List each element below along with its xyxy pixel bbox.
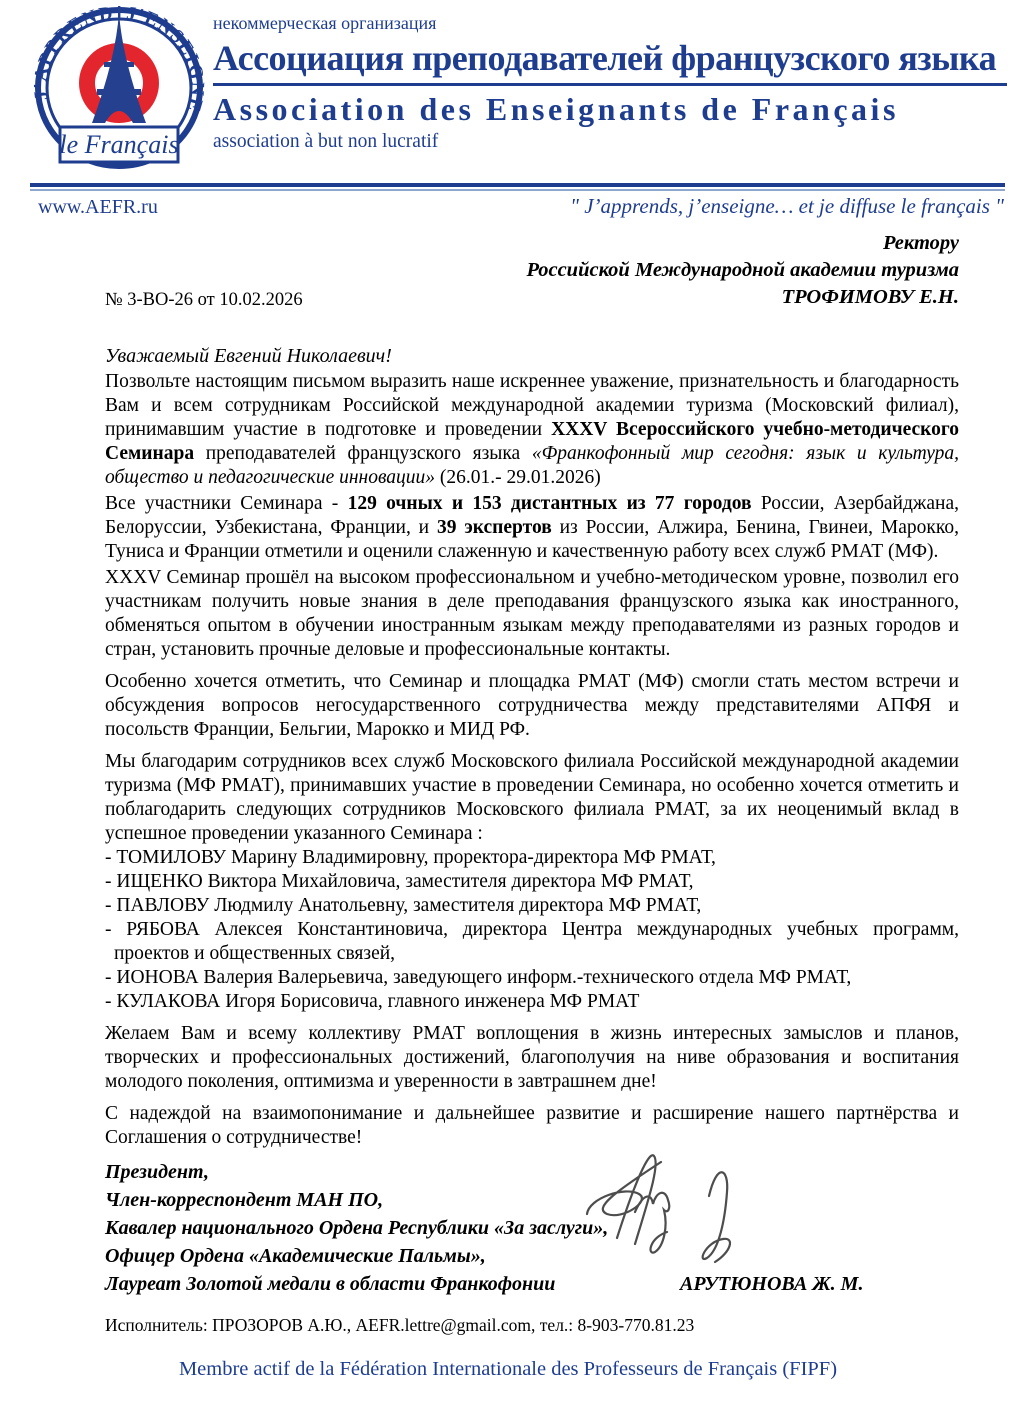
text-line: Ректору	[105, 230, 959, 257]
paragraph-wishes: Желаем Вам и всему коллективу РМАТ вопло…	[105, 1022, 959, 1094]
paragraph-participants: Все участники Семинара - 129 очных и 153…	[105, 492, 959, 564]
executor-line: Исполнитель: ПРОЗОРОВ А.Ю., AEFR.lettre@…	[105, 1314, 959, 1336]
signature-title-label: Лауреат Золотой медали в области Франкоф…	[105, 1273, 555, 1295]
website-label: www.AEFR.ru	[38, 196, 158, 219]
header-info-row: www.AEFR.ru " J’apprends, j’enseigne… et…	[38, 194, 1004, 219]
divider-thick-line	[30, 183, 1005, 187]
text-line: Президент,	[105, 1158, 959, 1186]
paragraph-closing: С надеждой на взаимопонимание и дальнейш…	[105, 1102, 959, 1150]
motto-label: " J’apprends, j’enseigne… et je diffuse …	[570, 194, 1004, 219]
title-divider-line	[213, 83, 1007, 86]
paragraph-intro: Позвольте настоящим письмом выразить наш…	[105, 370, 959, 490]
list-item-kulakov: - КУЛАКОВА Игоря Борисовича, главного ин…	[105, 990, 959, 1014]
reference-number: № 3-ВО-26 от 10.02.2026	[105, 287, 303, 314]
letter-content: РекторуРоссийской Международной академии…	[105, 230, 959, 1381]
association-title-ru: Ассоциация преподавателей французского я…	[213, 36, 1007, 80]
text-line: Российской Международной академии туризм…	[105, 257, 959, 284]
association-title-fr: Association des Enseignants de Français	[213, 88, 1007, 130]
text-line: Офицер Ордена «Академические Пальмы»,	[105, 1242, 959, 1270]
association-logo-icon: J'APPRENDS J'ENSEIGNE le Français	[33, 6, 205, 172]
letter-body: Позвольте настоящим письмом выразить наш…	[105, 370, 959, 1150]
header-divider	[30, 183, 1005, 191]
org-type-label: некоммерческая организация	[213, 12, 1007, 34]
fipf-membership-line: Membre actif de la Fédération Internatio…	[57, 1358, 959, 1381]
signature-last-line: Лауреат Золотой медали в области Франкоф…	[105, 1270, 959, 1298]
logo-banner-text: le Français	[59, 130, 178, 159]
list-item-ryabov: - РЯБОВА Алексея Константиновича, директ…	[105, 918, 959, 966]
text-line: Кавалер национального Ордена Республики …	[105, 1214, 959, 1242]
salutation: Уважаемый Евгений Николаевич!	[105, 344, 959, 368]
signer-name: АРУТЮНОВА Ж. М.	[680, 1270, 863, 1298]
list-item-ionov: - ИОНОВА Валерия Валерьевича, заведующег…	[105, 966, 959, 990]
recipient-block: РекторуРоссийской Международной академии…	[105, 230, 959, 311]
letter-page: J'APPRENDS J'ENSEIGNE le Français некомм…	[0, 0, 1024, 1405]
list-item-pavlova: - ПАВЛОВУ Людмилу Анатольевну, заместите…	[105, 894, 959, 918]
text-line: Член-корреспондент МАН ПО,	[105, 1186, 959, 1214]
paragraph-venue: Особенно хочется отметить, что Семинар и…	[105, 670, 959, 742]
list-item-ishchenko: - ИЩЕНКО Виктора Михайловича, заместител…	[105, 870, 959, 894]
list-item-tomilova: - ТОМИЛОВУ Марину Владимировну, проректо…	[105, 846, 959, 870]
signature-block: Президент,Член-корреспондент МАН ПО,Кава…	[105, 1158, 959, 1298]
paragraph-seminar-level: XXXV Семинар прошёл на высоком профессио…	[105, 566, 959, 662]
divider-thin-line	[30, 189, 1005, 191]
signature-titles: Президент,Член-корреспондент МАН ПО,Кава…	[105, 1158, 959, 1270]
paragraph-thanks: Мы благодарим сотрудников всех служб Мос…	[105, 750, 959, 846]
association-subtitle: association à but non lucratif	[213, 130, 1007, 154]
letterhead-text: некоммерческая организация Ассоциация пр…	[213, 12, 1007, 154]
